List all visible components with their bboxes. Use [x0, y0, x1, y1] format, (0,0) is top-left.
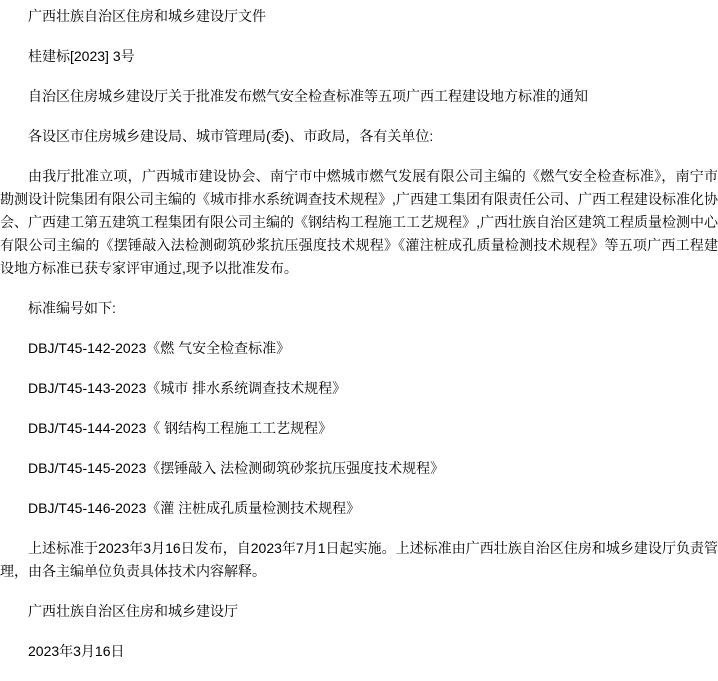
standard-item-145: DBJ/T45-145-2023《摆锤敲入 法检测砌筑砂浆抗压强度技术规程》: [0, 457, 718, 480]
standard-item-142: DBJ/T45-142-2023《燃 气安全检查标准》: [0, 337, 718, 360]
document-header: 广西壮族自治区住房和城乡建设厅文件: [0, 5, 718, 28]
document-page: 广西壮族自治区住房和城乡建设厅文件 桂建标[2023] 3号 自治区住房城乡建设…: [0, 0, 718, 663]
standard-item-146: DBJ/T45-146-2023《灌 注桩成孔质量检测技术规程》: [0, 497, 718, 520]
addressee-line: 各设区市住房城乡建设局、城市管理局(委)、市政局，各有关单位:: [0, 125, 718, 148]
standard-item-144: DBJ/T45-144-2023《 钢结构工程施工工艺规程》: [0, 417, 718, 440]
approval-paragraph: 由我厅批准立项，广西城市建设协会、南宁市中燃城市燃气发展有限公司主编的《燃气安全…: [0, 165, 718, 280]
standards-intro: 标准编号如下:: [0, 297, 718, 320]
date-line: 2023年3月16日: [0, 640, 718, 663]
implementation-paragraph: 上述标准于2023年3月16日发布，自2023年7月1日起实施。上述标准由广西壮…: [0, 537, 718, 583]
document-title: 自治区住房城乡建设厅关于批准发布燃气安全检查标准等五项广西工程建设地方标准的通知: [0, 85, 718, 108]
standard-item-143: DBJ/T45-143-2023《城市 排水系统调查技术规程》: [0, 377, 718, 400]
document-number: 桂建标[2023] 3号: [0, 45, 718, 68]
signature-line: 广西壮族自治区住房和城乡建设厅: [0, 600, 718, 623]
